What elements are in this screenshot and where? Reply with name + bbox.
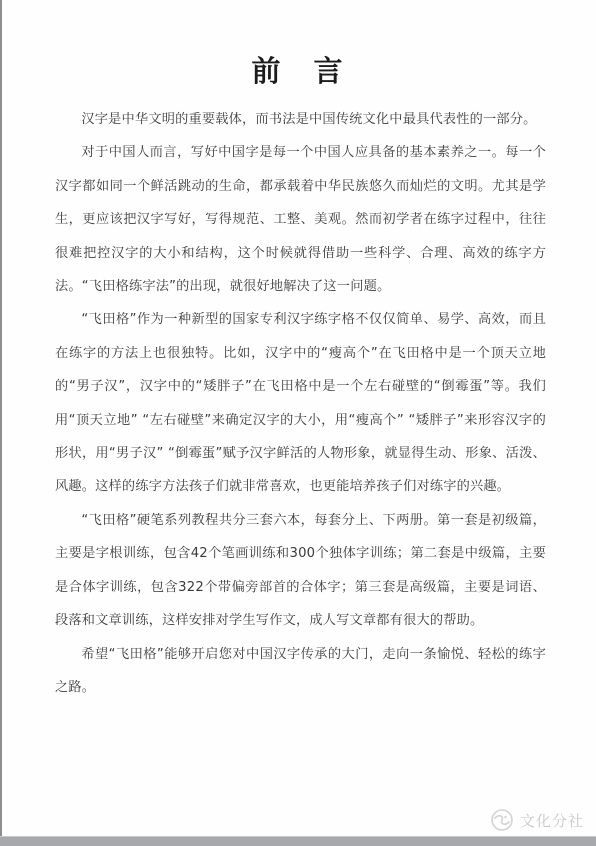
paragraph-5: 希望“飞田格”能够开启您对中国汉字传承的大门，走向一条愉悦、轻松的练字之路。 bbox=[55, 638, 546, 705]
paragraph-4: “飞田格”硬笔系列教程共分三套六本，每套分上、下两册。第一套是初级篇，主要是字根… bbox=[55, 504, 546, 638]
preface-body: 汉字是中华文明的重要载体，而书法是中国传统文化中最具代表性的一部分。 对于中国人… bbox=[55, 103, 546, 704]
publisher-logo-icon bbox=[490, 808, 514, 832]
publisher-watermark: 文化分社 bbox=[490, 808, 584, 832]
bottom-scan-bar bbox=[0, 836, 596, 846]
paragraph-3: “飞田格”作为一种新型的国家专利汉字练字格不仅仅简单、易学、高效，而且在练字的方… bbox=[55, 303, 546, 503]
page-title: 前 言 bbox=[0, 56, 596, 88]
scan-edge-line bbox=[0, 0, 2, 846]
paragraph-1: 汉字是中华文明的重要载体，而书法是中国传统文化中最具代表性的一部分。 bbox=[55, 103, 546, 136]
paragraph-2: 对于中国人而言，写好中国字是每一个中国人应具备的基本素养之一。每一个汉字都如同一… bbox=[55, 136, 546, 303]
publisher-name: 文化分社 bbox=[520, 810, 584, 831]
scanned-document-page: 前 言 汉字是中华文明的重要载体，而书法是中国传统文化中最具代表性的一部分。 对… bbox=[0, 0, 596, 846]
